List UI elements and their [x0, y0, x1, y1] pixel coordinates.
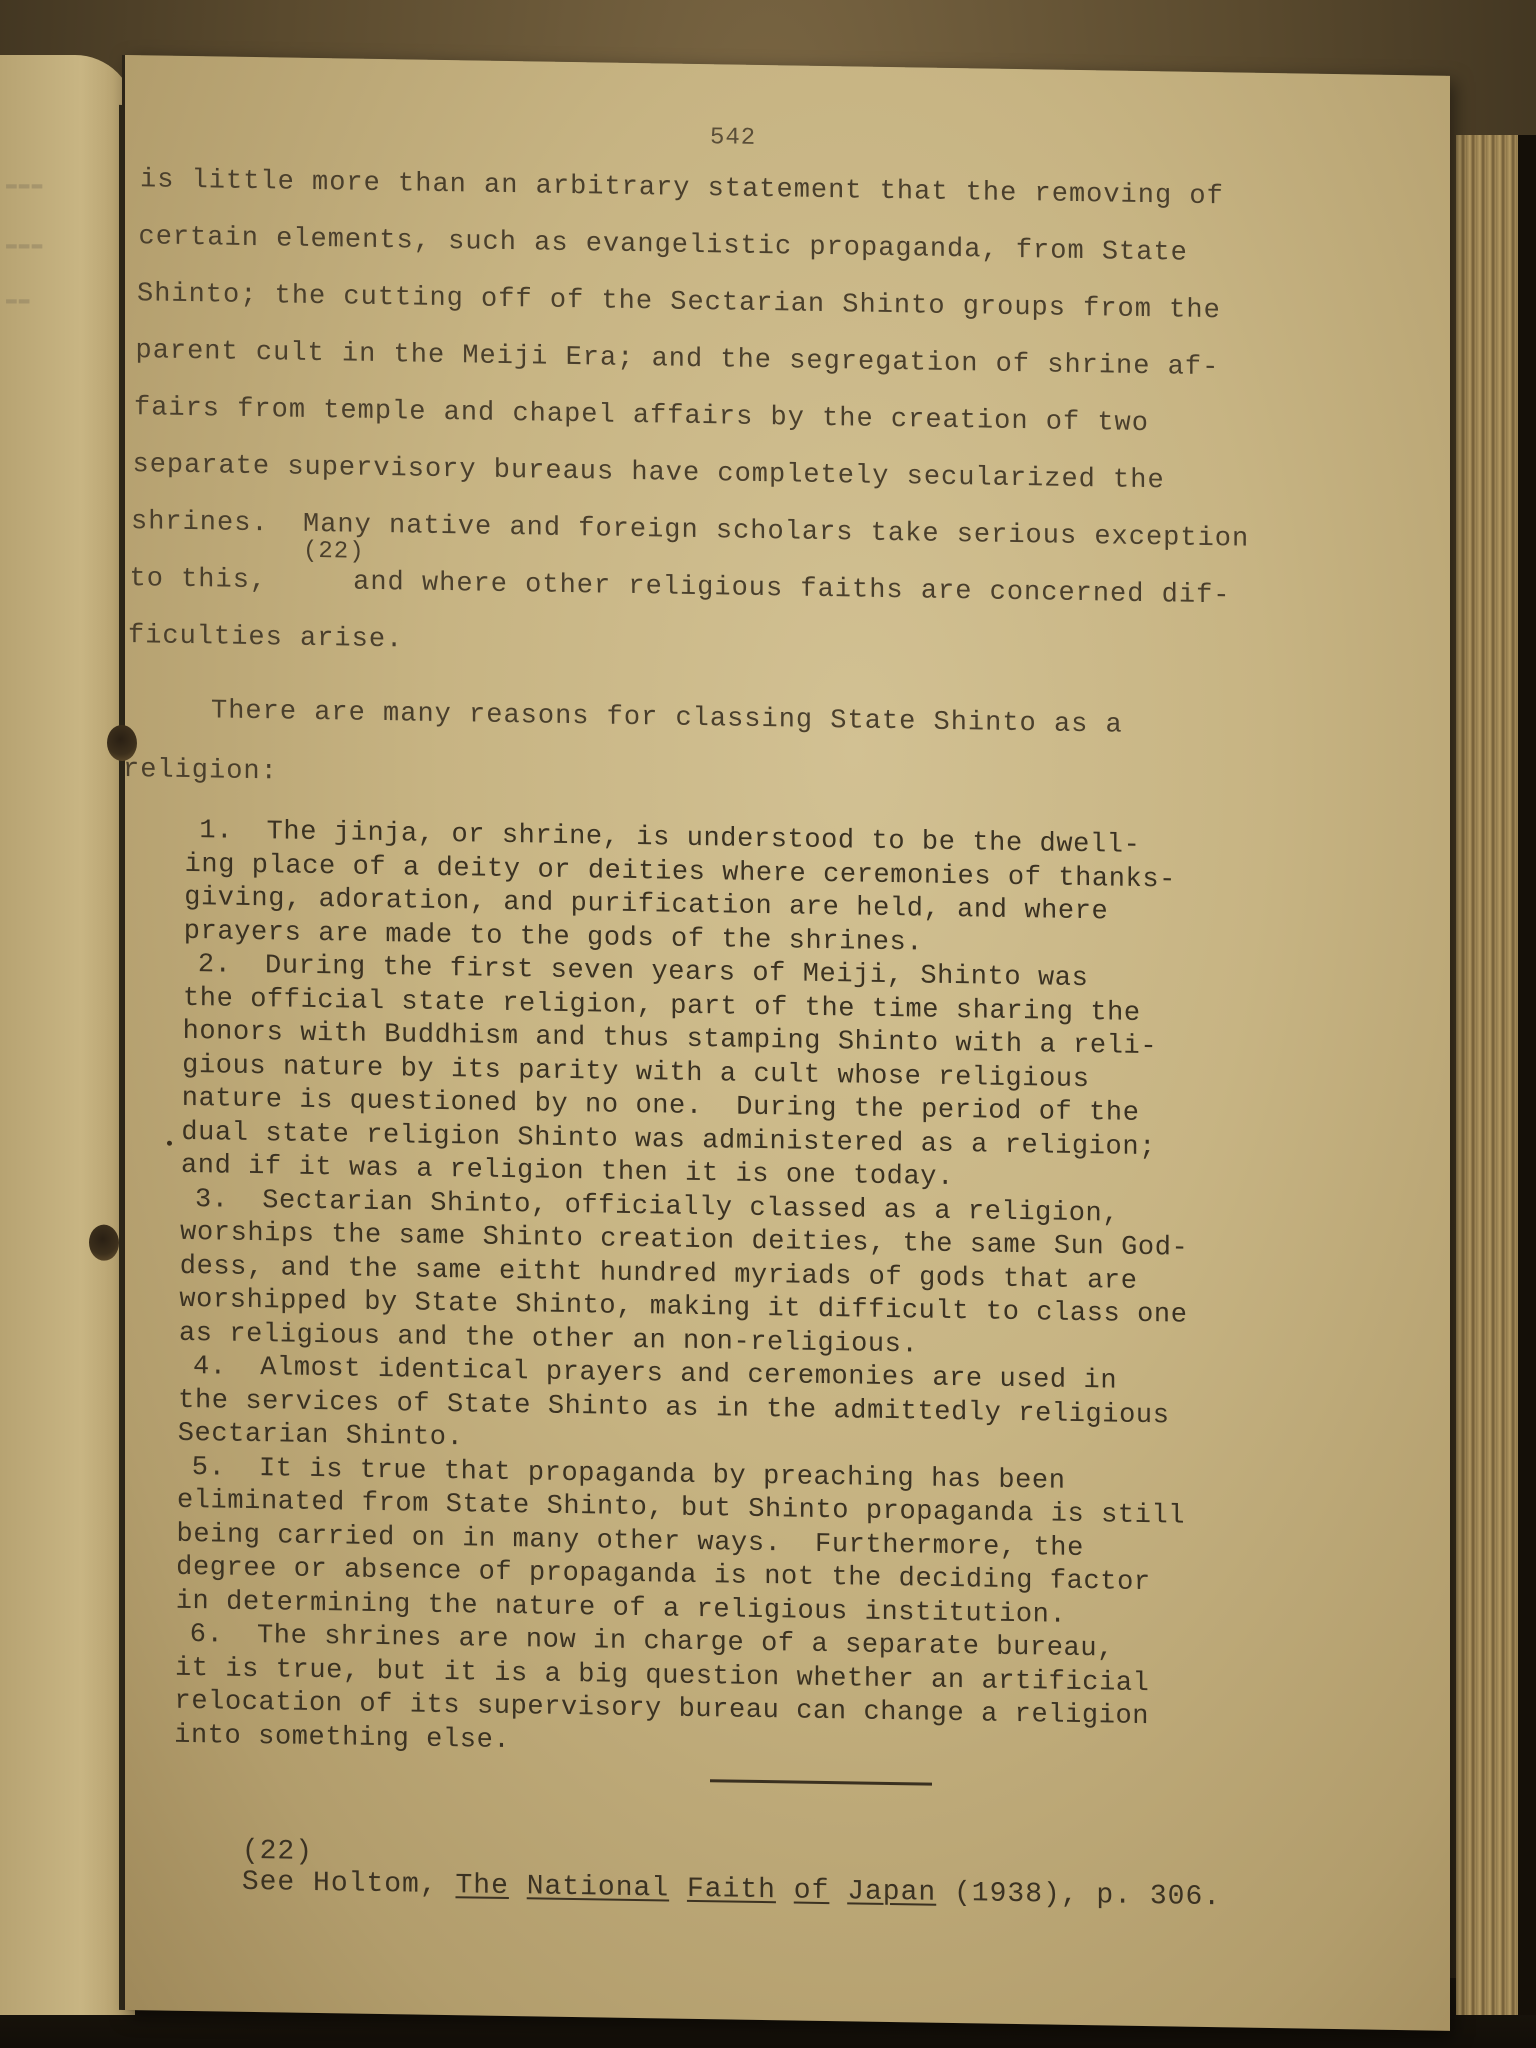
footnote: (22) See Holtom, The National Faith of J… [135, 1803, 1221, 1944]
text-line: Shinto; the cutting off of the Sectarian… [137, 279, 1221, 326]
footnote-prefix: See Holtom, [242, 1867, 456, 1901]
book-title-word: Faith [687, 1874, 776, 1906]
bleed-through-text: ▬▬▬ [6, 175, 44, 195]
typewritten-page: 542 is little more than an arbitrary sta… [125, 55, 1450, 2031]
footnote-suffix: (1938), p. 306. [936, 1878, 1221, 1913]
book-title-word: Japan [847, 1876, 936, 1908]
bleed-through-text: ▬▬▬ [6, 235, 44, 255]
binding-line [119, 105, 123, 2010]
text-line: There are many reasons for classing Stat… [125, 695, 1123, 741]
book-title-word: The [455, 1870, 508, 1902]
bleed-through-text: ▬▬ [6, 290, 32, 310]
book-title-word: National [527, 1871, 669, 1904]
footnote-marker: (22) [242, 1836, 313, 1868]
text-line: certain elements, such as evangelistic p… [139, 222, 1188, 268]
text-line: into something else. [174, 1720, 510, 1755]
book-title-word: of [794, 1876, 830, 1908]
text-line: ficulties arise. [128, 621, 403, 655]
text-line: Sectarian Shinto. [178, 1419, 464, 1453]
text-line: separate supervisory bureaus have comple… [133, 450, 1165, 496]
book-title: The National Faith of Japan [455, 1870, 936, 1909]
footnote-separator [710, 1779, 932, 1785]
text-line: shrines. Many native and foreign scholar… [131, 507, 1249, 555]
previous-page-edge: ▬▬▬ ▬▬▬ ▬▬ [0, 55, 135, 2015]
text-line: to this, and where other religious faith… [130, 564, 1231, 611]
text-line: is little more than an arbitrary stateme… [140, 165, 1224, 212]
page-text: 542 is little more than an arbitrary sta… [125, 55, 1450, 2031]
punch-hole [89, 1224, 119, 1260]
footnote-reference: (22) [303, 538, 365, 566]
text-line: religion: [123, 755, 278, 787]
page-number: 542 [710, 124, 756, 152]
book-cover-edge [1518, 135, 1536, 2015]
text-line: fairs from temple and chapel affairs by … [134, 393, 1149, 439]
text-line: parent cult in the Meiji Era; and the se… [136, 336, 1220, 383]
